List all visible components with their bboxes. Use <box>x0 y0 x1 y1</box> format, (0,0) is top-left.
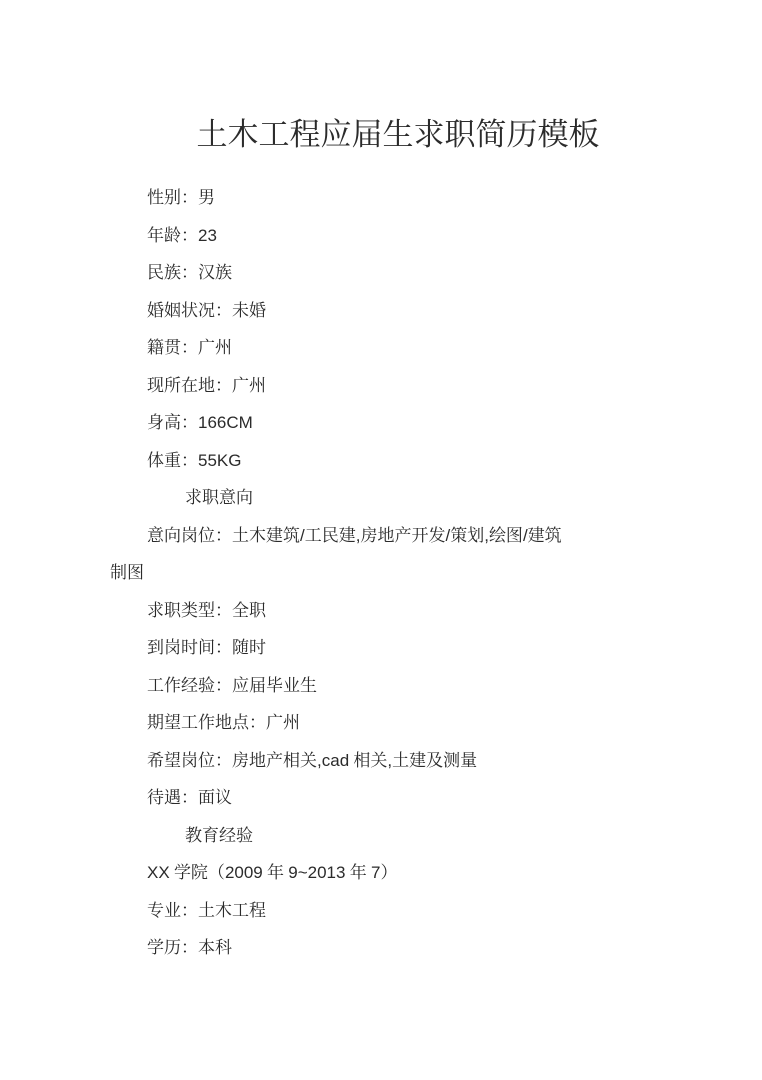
text-run: 23 <box>198 226 217 245</box>
text-run: 年 <box>263 863 289 882</box>
text-run: 166CM <box>198 413 253 432</box>
text-run: 身高： <box>147 413 198 432</box>
text-run: 学历：本科 <box>147 938 232 957</box>
resume-line: 专业：土木工程 <box>110 892 662 930</box>
text-run: 民族：汉族 <box>147 263 232 282</box>
text-run: 教育经验 <box>185 826 253 845</box>
text-run: 建筑 <box>528 526 562 545</box>
text-run: ） <box>380 863 397 882</box>
resume-line: 体重：55KG <box>110 442 662 480</box>
text-run: 工民建 <box>305 526 356 545</box>
text-run: 相关 <box>349 751 387 770</box>
resume-line: 年龄：23 <box>110 217 662 255</box>
text-run: 年 <box>345 863 371 882</box>
text-run: 专业：土木工程 <box>147 901 266 920</box>
text-run: 55KG <box>198 451 241 470</box>
text-run: 期望工作地点：广州 <box>147 713 300 732</box>
text-run: 2009 <box>225 863 263 882</box>
text-run: 9~2013 <box>288 863 345 882</box>
resume-document-page: 土木工程应届生求职简历模板 性别：男年龄：23民族：汉族婚姻状况：未婚籍贯：广州… <box>0 0 762 1080</box>
resume-line: 籍贯：广州 <box>110 329 662 367</box>
resume-line: 学历：本科 <box>110 929 662 967</box>
text-run: 希望岗位：房地产相关 <box>147 751 317 770</box>
text-run: 绘图 <box>489 526 523 545</box>
text-run: 求职意向 <box>185 488 253 507</box>
text-run: 制图 <box>110 563 144 582</box>
text-run: 婚姻状况：未婚 <box>147 301 266 320</box>
text-run: 性别：男 <box>147 188 215 207</box>
text-run: XX <box>147 863 170 882</box>
text-run: 籍贯：广州 <box>147 338 232 357</box>
resume-line: 希望岗位：房地产相关,cad 相关,土建及测量 <box>110 742 662 780</box>
resume-line: 待遇：面议 <box>110 779 662 817</box>
resume-line: 身高：166CM <box>110 404 662 442</box>
resume-line: XX 学院（2009 年 9~2013 年 7） <box>110 854 662 892</box>
resume-line: 到岗时间：随时 <box>110 629 662 667</box>
document-body: 性别：男年龄：23民族：汉族婚姻状况：未婚籍贯：广州现所在地：广州身高：166C… <box>0 179 762 967</box>
text-run: 策划 <box>450 526 484 545</box>
resume-line: 制图 <box>110 554 662 592</box>
text-run: 房地产开发 <box>360 526 445 545</box>
text-run: 学院（ <box>170 863 225 882</box>
text-run: 意向岗位：土木建筑 <box>147 526 300 545</box>
resume-line: 现所在地：广州 <box>110 367 662 405</box>
resume-line: 性别：男 <box>110 179 662 217</box>
document-title: 土木工程应届生求职简历模板 <box>0 112 762 158</box>
section-heading: 教育经验 <box>110 817 662 855</box>
text-run: 工作经验：应届毕业生 <box>147 676 317 695</box>
text-run: 土建及测量 <box>392 751 477 770</box>
resume-line: 民族：汉族 <box>110 254 662 292</box>
resume-line: 期望工作地点：广州 <box>110 704 662 742</box>
text-run: 现所在地：广州 <box>147 376 266 395</box>
section-heading: 求职意向 <box>110 479 662 517</box>
text-run: 年龄： <box>147 226 198 245</box>
resume-line: 工作经验：应届毕业生 <box>110 667 662 705</box>
text-run: 到岗时间：随时 <box>147 638 266 657</box>
resume-line: 婚姻状况：未婚 <box>110 292 662 330</box>
text-run: 体重： <box>147 451 198 470</box>
text-run: cad <box>322 751 349 770</box>
text-run: 待遇：面议 <box>147 788 232 807</box>
resume-line: 意向岗位：土木建筑/工民建,房地产开发/策划,绘图/建筑 <box>110 517 662 555</box>
resume-line: 求职类型：全职 <box>110 592 662 630</box>
text-run: 求职类型：全职 <box>147 601 266 620</box>
